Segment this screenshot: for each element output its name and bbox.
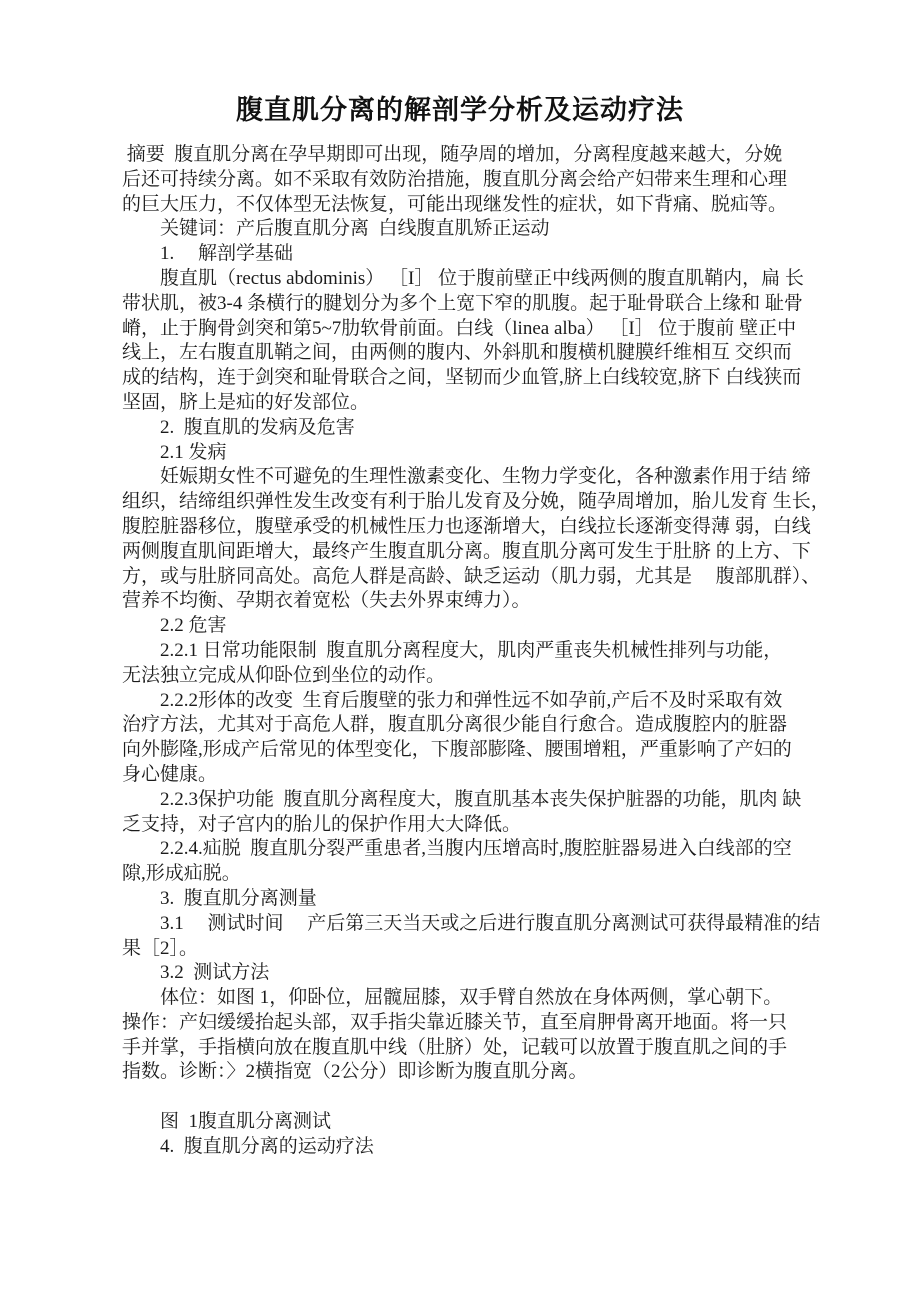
text-line: 隙,形成疝脱。 xyxy=(122,862,894,887)
text-line: 腹腔脏器移位，腹壁承受的机械性压力也逐渐增大，白线拉长逐渐变得薄 弱，白线 xyxy=(122,515,894,540)
text-line: 腹直肌（rectus abdominis） ［I］ 位于腹前壁正中线两侧的腹直肌… xyxy=(122,267,894,292)
document-body: 摘要 腹直肌分离在孕早期即可出现，随孕周的增加，分离程度越来越大，分娩后还可持续… xyxy=(122,143,894,1160)
text-line: 乏支持，对子宫内的胎儿的保护作用大大降低。 xyxy=(122,813,894,838)
text-line: 1. 解剖学基础 xyxy=(122,242,894,267)
text-line: 3.1 测试时间 产后第三天当天或之后进行腹直肌分离测试可获得最精准的结 xyxy=(122,912,894,937)
text-line: 操作：产妇缓缓抬起头部，双手指尖靠近膝关节，直至肩胛骨离开地面。将一只 xyxy=(122,1011,894,1036)
text-line: 图 1腹直肌分离测试 xyxy=(122,1110,894,1135)
text-line: 妊娠期女性不可避免的生理性激素变化、生物力学变化，各种激素作用于结 缔 xyxy=(122,465,894,490)
page-title: 腹直肌分离的解剖学分析及运动疗法 xyxy=(0,88,920,127)
text-line: 无法独立完成从仰卧位到坐位的动作。 xyxy=(122,664,894,689)
text-line: 手并掌，手指横向放在腹直肌中线（肚脐）处，记载可以放置于腹直肌之间的手 xyxy=(122,1036,894,1061)
text-line: 组织，结缔组织弹性发生改变有利于胎儿发育及分娩，随孕周增加，胎儿发育 生长， xyxy=(122,490,894,515)
text-line: 线上，左右腹直肌鞘之间，由两侧的腹内、外斜肌和腹横机腱膜纤维相互 交织而 xyxy=(122,341,894,366)
text-line: 摘要 腹直肌分离在孕早期即可出现，随孕周的增加，分离程度越来越大，分娩 xyxy=(122,143,894,168)
text-line: 2.1 发病 xyxy=(122,441,894,466)
text-line: 嵴，止于胸骨剑突和第5~7肋软骨前面。白线（linea alba） ［I］ 位于… xyxy=(122,317,894,342)
text-line: 3.2 测试方法 xyxy=(122,961,894,986)
text-line: 果［2］。 xyxy=(122,937,894,962)
text-line: 方，或与肚脐同高处。高危人群是高龄、缺乏运动（肌力弱，尤其是 腹部肌群）、 xyxy=(122,565,894,590)
text-line: 坚固，脐上是疝的好发部位。 xyxy=(122,391,894,416)
text-line: 的巨大压力，不仅体型无法恢复，可能出现继发性的症状，如下背痛、脱疝等。 xyxy=(122,193,894,218)
text-line: 成的结构，连于剑突和耻骨联合之间，坚韧而少血管,脐上白线较宽,脐下 白线狭而 xyxy=(122,366,894,391)
text-line: 带状肌，被3-4 条横行的腱划分为多个上宽下窄的肌腹。起于耻骨联合上缘和 耻骨 xyxy=(122,292,894,317)
text-line: 2.2 危害 xyxy=(122,614,894,639)
text-line: 4. 腹直肌分离的运动疗法 xyxy=(122,1135,894,1160)
text-line: 关键词：产后腹直肌分离 白线腹直肌矫正运动 xyxy=(122,217,894,242)
text-line: 后还可持续分离。如不采取有效防治措施，腹直肌分离会给产妇带来生理和心理 xyxy=(122,168,894,193)
text-line: 2.2.1 日常功能限制 腹直肌分离程度大，肌肉严重丧失机械性排列与功能， xyxy=(122,639,894,664)
text-line: 体位：如图 1，仰卧位，屈髋屈膝，双手臂自然放在身体两侧，掌心朝下。 xyxy=(122,986,894,1011)
text-line: 营养不均衡、孕期衣着宽松（失去外界束缚力）。 xyxy=(122,589,894,614)
text-line: 两侧腹直肌间距增大，最终产生腹直肌分离。腹直肌分离可发生于肚脐 的上方、下 xyxy=(122,540,894,565)
text-line: 身心健康。 xyxy=(122,763,894,788)
text-line: 2.2.4.疝脱 腹直肌分裂严重患者,当腹内压增高时,腹腔脏器易进入白线部的空 xyxy=(122,837,894,862)
text-line: 2.2.2形体的改变 生育后腹壁的张力和弹性远不如孕前,产后不及时采取有效 xyxy=(122,689,894,714)
text-line: 指数。诊断：〉2横指宽（2公分）即诊断为腹直肌分离。 xyxy=(122,1060,894,1085)
text-line xyxy=(122,1085,894,1110)
text-line: 2. 腹直肌的发病及危害 xyxy=(122,416,894,441)
text-line: 向外膨隆,形成产后常见的体型变化，下腹部膨隆、腰围增粗，严重影响了产妇的 xyxy=(122,738,894,763)
text-line: 治疗方法，尤其对于高危人群，腹直肌分离很少能自行愈合。造成腹腔内的脏器 xyxy=(122,713,894,738)
document-page: 腹直肌分离的解剖学分析及运动疗法 摘要 腹直肌分离在孕早期即可出现，随孕周的增加… xyxy=(0,0,920,1302)
text-line: 3. 腹直肌分离测量 xyxy=(122,887,894,912)
text-line: 2.2.3保护功能 腹直肌分离程度大，腹直肌基本丧失保护脏器的功能，肌肉 缺 xyxy=(122,788,894,813)
